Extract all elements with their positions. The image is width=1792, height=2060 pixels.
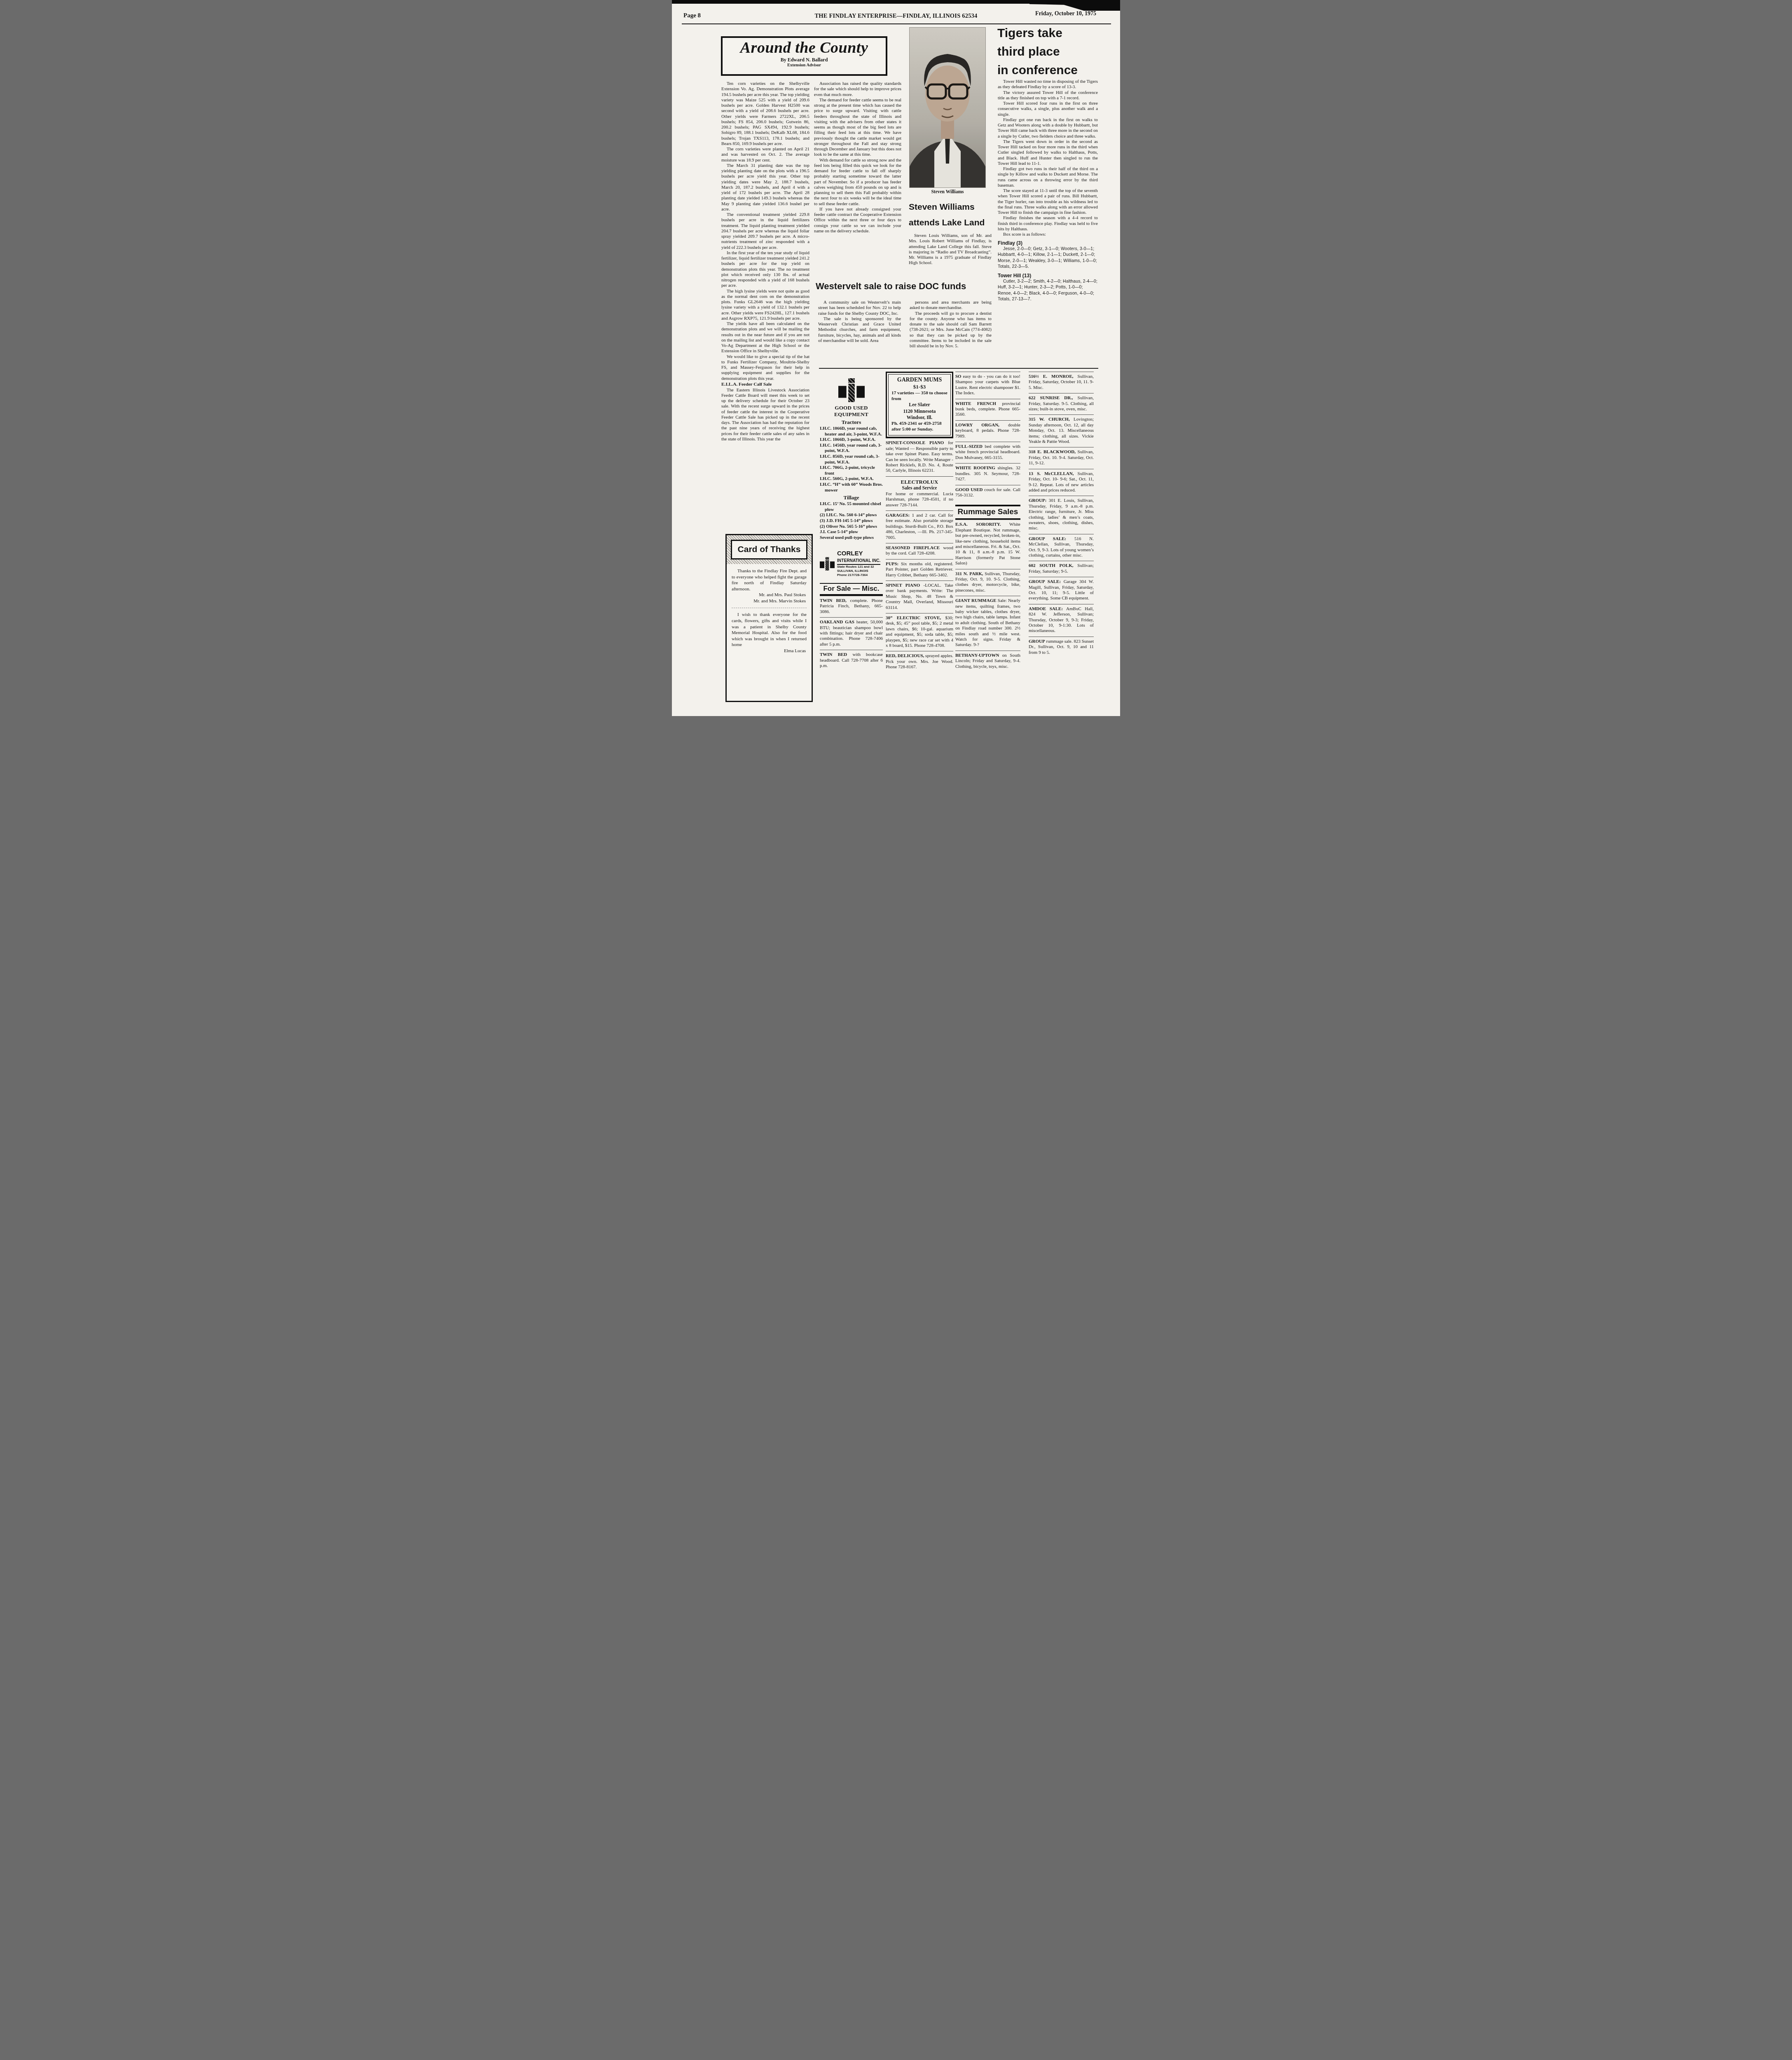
around-byline-role: Extension Advisor bbox=[723, 63, 886, 68]
classified-ad: 602 SOUTH POLK, Sullivan; Friday, Saturd… bbox=[1029, 561, 1094, 577]
equipment-item: I.H.C. 560G, 2-point, W.F.A. bbox=[820, 476, 883, 482]
classified-column-4: 516½ E. MONROE, Sullivan, Friday, Saturd… bbox=[1029, 372, 1094, 658]
paragraph: persons and area merchants are being ask… bbox=[910, 300, 992, 311]
issue-date: Friday, October 10, 1975 bbox=[1035, 11, 1096, 17]
for-sale-ads: TWIN BED, complete. Phone Patricia Finch… bbox=[820, 596, 883, 671]
tigers-article: Tower Hill wasted no time in disposing o… bbox=[998, 79, 1098, 368]
around-column-2: Association has raised the quality stand… bbox=[814, 81, 901, 289]
westervelt-headline: Westervelt sale to raise DOC funds bbox=[816, 281, 993, 292]
equipment-item: (3) J.D. FH-145 5-14” plows bbox=[820, 518, 883, 524]
card-of-thanks-title: Card of Thanks bbox=[731, 540, 807, 559]
equipment-item: I.H.C. 706G, 2-point, tricycle front bbox=[820, 465, 883, 476]
classified-column-3: SO easy to do - you can do it too! Shamp… bbox=[955, 372, 1020, 672]
paragraph: Tower Hill wasted no time in disposing o… bbox=[998, 79, 1098, 90]
paragraph: Findlay got one run back in the first on… bbox=[998, 117, 1098, 139]
garden-mums-ad-box: GARDEN MUMS $1-$3 17 varieties — 350 to … bbox=[886, 372, 953, 438]
equipment-item: I.H.C. 1456D, year round cab, 3-point, W… bbox=[820, 443, 883, 454]
paragraph: Tower Hill scored four runs in the first… bbox=[998, 101, 1098, 117]
classified-ad: SEASONED FIREPLACE wood by the cord. Cal… bbox=[886, 543, 953, 559]
photo-caption: Steven Williams bbox=[909, 190, 986, 194]
paragraph: Findlay finishes the season with a 4-4 r… bbox=[998, 215, 1098, 232]
paragraph: A community sale on Westervelt’s main st… bbox=[818, 300, 901, 316]
classified-ad: 13 S. McCLELLAN, Sullivan, Friday, Oct. … bbox=[1029, 469, 1094, 496]
classified-ad: GIANT RUMMAGE Sale: Nearly new items, qu… bbox=[955, 596, 1020, 651]
paragraph: In the first year of the ten year study … bbox=[721, 250, 809, 289]
paragraph: We would like to give a special tip of t… bbox=[721, 354, 809, 382]
equipment-item: I.H.C. 1066D, year round cab, heater and… bbox=[820, 426, 883, 437]
scan-torn-corner bbox=[1029, 0, 1120, 11]
international-harvester-logo-icon bbox=[820, 557, 835, 571]
tigers-headline: Tigers take third place in conference bbox=[997, 24, 1108, 80]
corley-dealer-block: CORLEY INTERNATIONAL INC. State Routes 1… bbox=[820, 550, 883, 577]
paragraph: Findlay got two runs in their half of th… bbox=[998, 166, 1098, 188]
classified-ad: GOOD USED couch for sale. Call 756-3132. bbox=[955, 485, 1020, 501]
paragraph: If you have not already consigned your f… bbox=[814, 207, 901, 234]
classified-divider-rule bbox=[819, 368, 1098, 369]
classified-ad: E.S.A. SORORITY. White Elephant Boutique… bbox=[955, 520, 1020, 569]
towerhill-boxscore-line: Cutler, 3-2—2; Smith, 4-2—0; Halthaus, 2… bbox=[998, 279, 1098, 302]
paragraph: The March 31 planting date was the top y… bbox=[721, 163, 809, 212]
classified-ad: BETHANY-UPTOWN on South Lincoln; Friday … bbox=[955, 651, 1020, 672]
classified-ad: RED, DELICIOUS, sprayed apples. Pick you… bbox=[886, 651, 953, 672]
around-byline: By Edward N. Ballard bbox=[723, 57, 886, 63]
steven-article: Steven Louis Williams, son of Mr. and Mr… bbox=[909, 233, 992, 279]
paragraph: The sale is being sponsored by the Weste… bbox=[818, 316, 901, 344]
westervelt-column-a: A community sale on Westervelt’s main st… bbox=[818, 300, 901, 371]
paragraph: The conventional treatment yielded 229.8… bbox=[721, 212, 809, 250]
equipment-item: I.H.C. 856D, year round cab, 3-point, W.… bbox=[820, 454, 883, 465]
paragraph: Box score is as follows: bbox=[998, 232, 1098, 237]
mums-city: Windsor, Ill. bbox=[891, 414, 947, 421]
findlay-boxscore-line: Jesse, 2-0—0; Getz, 3-1—0; Wooters, 3-0—… bbox=[998, 246, 1098, 270]
classified-ad: LOWRY ORGAN, double keyboard, 8 pedals. … bbox=[955, 420, 1020, 442]
around-column-1: Ten corn varieties on the Shelbyville Ex… bbox=[721, 81, 809, 532]
card-of-thanks-box: Card of Thanks Thanks to the Findlay Fir… bbox=[725, 534, 813, 702]
towerhill-boxscore-header: Tower Hill (13) bbox=[998, 273, 1098, 279]
classified-ad: TWIN BED, complete. Phone Patricia Finch… bbox=[820, 596, 883, 617]
mums-price: $1-$3 bbox=[891, 384, 947, 390]
paragraph: The Tigers went down in order in the sec… bbox=[998, 139, 1098, 166]
international-harvester-logo-icon bbox=[838, 378, 865, 402]
mums-title: GARDEN MUMS bbox=[891, 377, 947, 384]
dealer-name: CORLEY bbox=[837, 550, 880, 557]
misc-ads: SPINET-CONSOLE PIANO for sale; Wanted — … bbox=[886, 438, 953, 672]
misc-ads: SO easy to do - you can do it too! Shamp… bbox=[955, 372, 1020, 501]
classified-ad: FULL-SIZED bed complete with white frenc… bbox=[955, 442, 1020, 463]
classified-ad: SPINET PIANO -LOCAL. Take over bank paym… bbox=[886, 581, 953, 613]
equipment-item: I.H.C. “H” with 60” Woods Bros. mower bbox=[820, 482, 883, 493]
classified-ad: 315 W. CHURCH, Lovington; Sunday afterno… bbox=[1029, 414, 1094, 447]
dealer-address-1: State Routes 121 and 32 bbox=[837, 565, 880, 569]
steven-headline-line2: attends Lake Land bbox=[909, 218, 995, 227]
electrolux-header: ELECTROLUX bbox=[886, 479, 953, 485]
paragraph: The corn varieties were planted on April… bbox=[721, 147, 809, 163]
classified-ad: WHITE FRENCH provincial bunk beds, compl… bbox=[955, 399, 1020, 420]
tigers-headline-line2: third place bbox=[997, 42, 1108, 61]
for-sale-misc-header: For Sale — Misc. bbox=[820, 583, 883, 596]
portrait-illustration bbox=[910, 28, 985, 187]
steven-headline-line1: Steven Williams bbox=[909, 203, 995, 211]
thanks-divider bbox=[732, 608, 807, 608]
mums-seller: Lee Slater bbox=[891, 402, 947, 408]
around-the-county-headline-box: Around the County By Edward N. Ballard E… bbox=[721, 36, 887, 76]
westervelt-column-b: persons and area merchants are being ask… bbox=[910, 300, 992, 371]
mums-address: 1120 Minnesota bbox=[891, 408, 947, 414]
steven-williams-photo bbox=[909, 27, 986, 188]
eila-subhead: E.I.L.A. Feeder Calf Sale bbox=[721, 382, 809, 388]
tigers-headline-line1: Tigers take bbox=[997, 24, 1108, 42]
rummage-address-ads: 516½ E. MONROE, Sullivan, Friday, Saturd… bbox=[1029, 372, 1094, 658]
equipment-item: (2) I.H.C. No. 560 6-14” plows bbox=[820, 513, 883, 518]
classified-ad: GARAGES: 1 and 2 car. Call for free esti… bbox=[886, 510, 953, 543]
around-title: Around the County bbox=[723, 40, 886, 56]
thanks-signature: Mr. and Mrs. Paul Stokes bbox=[732, 592, 806, 598]
paragraph: Association has raised the quality stand… bbox=[814, 81, 901, 98]
equipment-item: I.H.C. 1066D, 3-point, W.F.A. bbox=[820, 437, 883, 443]
equipment-item: J.I. Case 5-14” plow bbox=[820, 529, 883, 535]
equipment-item: I.H.C. 15’ No. 55 mounted chisel plow bbox=[820, 501, 883, 513]
mums-hours: after 5:00 or Sunday. bbox=[891, 426, 947, 432]
classified-ad: WHITE ROOFING shingles. 32 bundles. 305 … bbox=[955, 463, 1020, 485]
dealer-phone: Phone 217/728-7364 bbox=[837, 573, 880, 577]
findlay-boxscore-header: Findlay (3) bbox=[998, 240, 1098, 246]
classified-ad: TWIN BED with bookcase headboard. Call 7… bbox=[820, 650, 883, 671]
electrolux-ad: ELECTROLUX Sales and Service For home or… bbox=[886, 476, 953, 510]
thanks-message: Thanks to the Findlay Fire Dept. and to … bbox=[732, 568, 807, 592]
paragraph: With demand for cattle so strong now and… bbox=[814, 158, 901, 207]
classified-ad: 516½ E. MONROE, Sullivan, Friday, Saturd… bbox=[1029, 372, 1094, 393]
classified-ad: GROUP SALE: 516 N. McClellan, Sullivan, … bbox=[1029, 534, 1094, 561]
classified-ad: 311 N. PARK, Sullivan, Thursday, Friday,… bbox=[955, 569, 1020, 596]
thanks-signature: Mr. and Mrs. Marvin Stokes bbox=[732, 598, 806, 604]
equipment-item: (2) Oliver No. 565 5-16” plows bbox=[820, 524, 883, 530]
mums-line: 17 varieties — 350 to choose from bbox=[891, 390, 947, 402]
paragraph: Steven Louis Williams, son of Mr. and Mr… bbox=[909, 233, 992, 266]
classified-ad: 30” ELECTRIC STOVE, $30; desk, $5; 45” p… bbox=[886, 613, 953, 651]
classified-ad: GROUP rummage sale. 823 Sunset Dr., Sull… bbox=[1029, 637, 1094, 658]
equipment-item: Several used pull-type plows bbox=[820, 535, 883, 541]
dealer-name-2: INTERNATIONAL INC. bbox=[837, 559, 880, 564]
paragraph: The victory assured Tower Hill of the co… bbox=[998, 90, 1098, 101]
classified-ad: PUPS: Six months old, registered. Part P… bbox=[886, 559, 953, 581]
card-of-thanks-body: Thanks to the Findlay Fire Dept. and to … bbox=[727, 564, 812, 654]
classified-ad: GROUP: 301 E. Louis, Sullivan, Thursday,… bbox=[1029, 496, 1094, 534]
mums-phone: Ph. 459-2341 or 459-2758 bbox=[891, 421, 947, 426]
classified-ad: 318 E. BLACKWOOD, Sullivan, Friday, Oct.… bbox=[1029, 447, 1094, 468]
newspaper-page: Page 8 THE FINDLAY ENTERPRISE—FINDLAY, I… bbox=[672, 0, 1120, 716]
classified-ad: OAKLAND GAS heater, 50,000 BTU; beautici… bbox=[820, 617, 883, 650]
tractors-label: Tractors bbox=[820, 419, 883, 426]
classified-ad: SPINET-CONSOLE PIANO for sale; Wanted — … bbox=[886, 438, 953, 476]
tillage-label: Tillage bbox=[820, 494, 883, 501]
rummage-ads: E.S.A. SORORITY. White Elephant Boutique… bbox=[955, 520, 1020, 672]
classified-ad: SO easy to do - you can do it too! Shamp… bbox=[955, 372, 1020, 399]
tigers-headline-line3: in conference bbox=[997, 61, 1108, 80]
paragraph: The high lysine yields were not quite as… bbox=[721, 289, 809, 322]
classified-ad: 622 SUNRISE DR., Sullivan, Friday, Satur… bbox=[1029, 393, 1094, 414]
thanks-signature: Elma Lucas bbox=[732, 648, 806, 654]
paragraph: The yields have all been calculated on t… bbox=[721, 321, 809, 354]
classified-ad: GROUP SALE: Garage 304 W. Magill, Sulliv… bbox=[1029, 577, 1094, 604]
paragraph: Ten corn varieties on the Shelbyville Ex… bbox=[721, 81, 809, 147]
card-of-thanks-frame: Card of Thanks bbox=[727, 535, 812, 564]
classified-column-2: GARDEN MUMS $1-$3 17 varieties — 350 to … bbox=[886, 372, 953, 673]
paragraph: The Eastern Illinois Livestock Associati… bbox=[721, 388, 809, 442]
paragraph: The proceeds will go to procure a dentis… bbox=[910, 311, 992, 349]
paragraph: The demand for feeder cattle seems to be… bbox=[814, 98, 901, 158]
rummage-sales-header: Rummage Sales bbox=[955, 505, 1020, 520]
classified-column-1: GOOD USED EQUIPMENT Tractors I.H.C. 1066… bbox=[820, 372, 883, 671]
classified-ad: AMDOE SALE: AmBuC Hall, 824 W. Jefferson… bbox=[1029, 604, 1094, 637]
paragraph: The score stayed at 11-3 until the top o… bbox=[998, 188, 1098, 215]
equipment-header: GOOD USED EQUIPMENT bbox=[820, 405, 883, 418]
dealer-address-2: SULLIVAN, ILLINOIS bbox=[837, 569, 880, 573]
thanks-message: I wish to thank everyone for the cards, … bbox=[732, 612, 807, 648]
electrolux-subheader: Sales and Service bbox=[886, 485, 953, 491]
